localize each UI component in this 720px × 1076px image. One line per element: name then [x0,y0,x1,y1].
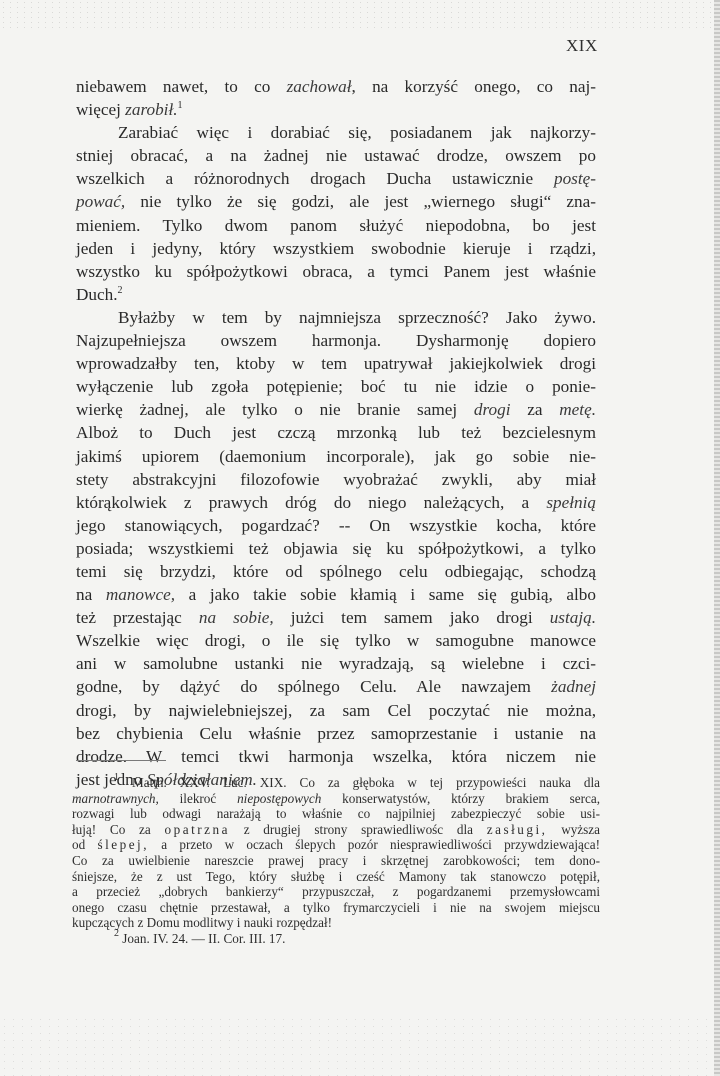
body-line: wprowadzałby ten, ktoby w tem upatrywał … [76,352,596,375]
footnote-line: łują! Co za opatrzna z drugiej strony sp… [72,822,600,838]
body-line: Byłażby w tem by najmniejsza sprzeczność… [76,306,596,329]
footnote-line: rozwagi lub odwagi narażają to właśnie c… [72,806,600,822]
body-line: stniej obracać, a na żadnej nie ustawać … [76,144,596,167]
body-line: jego stanowiących, pogardzać? -- On wszy… [76,514,596,537]
body-line: wierkę żadnej, ale tylko o nie branie sa… [76,398,596,421]
body-line: godne, by dążyć do spólnego Celu. Ale na… [76,675,596,698]
footnotes: 1 Matth. XXV. Luc. XIX. Co za głęboka w … [72,775,600,947]
body-line: drodze. W temci tkwi harmonja wszelka, k… [76,745,596,768]
body-line: drogi, by najwielebniejszej, za sam Cel … [76,699,596,722]
scan-speckle-bottom [0,1016,720,1076]
body-line: wszelkich a różnorodnych drogach Ducha u… [76,167,596,190]
footnote-line: onego czasu chętnie przestawał, a tylko … [72,900,600,916]
body-line: jeden i jedyny, który wszystkiem swobodn… [76,237,596,260]
footnote-line: a przecież „dobrych bankierzy“ przypuszc… [72,884,600,900]
body-line: ani w samolubne ustanki nie wyradzają, s… [76,652,596,675]
body-line: temi się brzydzi, które od spólnego celu… [76,560,596,583]
body-line: Najzupełniejsza owszem harmonja. Dysharm… [76,329,596,352]
body-line: mieniem. Tylko dwom panom służyć niepodo… [76,214,596,237]
footnote-line: od ślepej, a przeto w oczach ślepych poz… [72,837,600,853]
body-text: niebawem nawet, to co zachował, na korzy… [76,75,596,791]
body-line: Zarabiać więc i dorabiać się, posiadanem… [76,121,596,144]
body-line: Alboż to Duch jest czczą mrzonką lub też… [76,421,596,444]
body-line: bez chybienia Celu właśnie przez samoprz… [76,722,596,745]
body-line: wszystko ku spółpożytkowi obraca, a tymc… [76,260,596,283]
footnote-line: marnotrawnych, ilekroć niepostępowych ko… [72,791,600,807]
body-line: wyłączenie lub zgoła potępienie; boć tu … [76,375,596,398]
footnote-line: Co za uwielbienie nareszcie prawej pracy… [72,853,600,869]
body-line: stety abstrakcyjni filozofowie wyobrażać… [76,468,596,491]
body-line: którąkolwiek z prawych dróg do niego nal… [76,491,596,514]
scan-speckle-top [0,0,720,30]
page-edge [714,0,720,1076]
body-line: na manowce, a jako takie sobie kłamią i … [76,583,596,606]
page-number: XIX [566,36,598,56]
body-line: też przestając na sobie, jużci tem samem… [76,606,596,629]
footnote-line: 2 Joan. IV. 24. — II. Cor. III. 17. [72,931,600,947]
body-line: jakimś upiorem (daemonium incorporale), … [76,445,596,468]
footnote-line: kupczących z Domu modlitwy i nauki rozpę… [72,915,600,931]
body-line: Wszelkie więc drogi, o ile się tylko w s… [76,629,596,652]
body-line: posiada; wszystkiemi też objawia się ku … [76,537,596,560]
body-line: Duch.2 [76,283,596,306]
footnote-line: śniejsze, że z ust Tego, który służbę i … [72,869,600,885]
body-line: więcej zarobił.1 [76,98,596,121]
footnote-line: 1 Matth. XXV. Luc. XIX. Co za głęboka w … [72,775,600,791]
body-line: niebawem nawet, to co zachował, na korzy… [76,75,596,98]
body-line: pować, nie tylko że się godzi, ale jest … [76,190,596,213]
footnote-rule [76,760,166,761]
